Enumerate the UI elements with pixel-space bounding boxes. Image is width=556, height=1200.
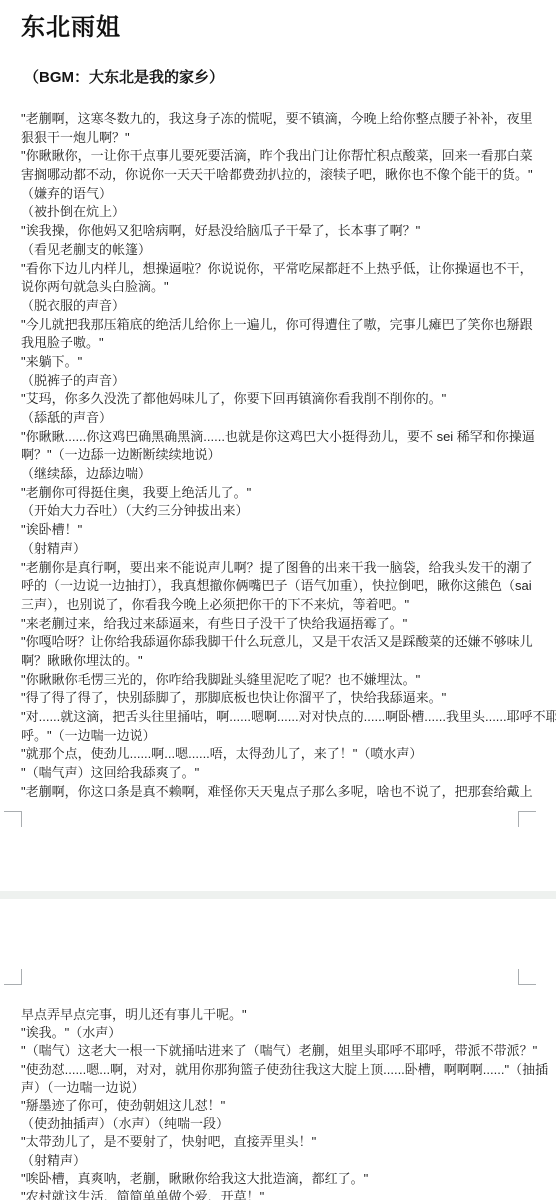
text-line: （舔舐的声音）: [21, 409, 551, 428]
text-line: （脱裤子的声音）: [21, 372, 551, 391]
text-line: 啊？瞅瞅你埋汰的。": [21, 652, 551, 671]
text-line: 害搁哪动都不动，你说你一天天干啥都费劲扒拉的，滚犊子吧，瞅你也不像个能干的货。": [21, 166, 551, 185]
text-line: "老蒯你可得挺住奥，我要上绝活儿了。": [21, 484, 551, 503]
text-line: "艾玛，你多久没洗了都他妈味儿了，你要下回再镇滴你看我削不削你的。": [21, 390, 551, 409]
text-line: "你瞅瞅......你这鸡巴确黑确黑滴......也就是你这鸡巴大小挺得劲儿，要…: [21, 428, 551, 447]
text-line: "对......就这滴，把舌头往里捅咕，啊......嗯啊......对对快点的…: [21, 708, 551, 727]
text-line: "你嘎哈呀？让你给我舔逼你舔我脚干什么玩意儿，又是干农活又是踩酸菜的还嫌不够味儿: [21, 633, 551, 652]
text-line: "老蒯你是真行啊，要出来不能说声儿啊？提了图鲁的出来干我一脑袋，给我头发干的潮了: [21, 559, 551, 578]
text-line: 呼的（一边说一边抽打），我真想撤你俩嘴巴子（语气加重），快拉倒吧，瞅你这熊色（s…: [21, 577, 551, 596]
text-line: "（喘气声）这回给我舔爽了。": [21, 764, 551, 783]
text-line: "今儿就把我那压箱底的绝活儿给你上一遍儿，你可得遭住了嗷，完事儿瘫巴了笑你也掰跟: [21, 316, 551, 335]
text-line: "看你下边儿内样儿，想操逼啦？你说说你，平常吃屎都赶不上热乎低，让你操逼也不干，: [21, 260, 551, 279]
text-line: （看见老蒯支的帐篷）: [21, 241, 551, 260]
text-line: "太带劲儿了，是不要射了，快射吧，直接弄里头！": [21, 1133, 551, 1151]
page1-text-block: "老蒯啊，这寒冬数九的，我这身子冻的慌呢，要不镇滴，今晚上给你整点腰子补补，夜里…: [21, 110, 551, 801]
text-line: （被扑倒在炕上）: [21, 203, 551, 222]
text-line: 呼。"（一边喘一边说）: [21, 727, 551, 746]
page1-bottom-left-crop-mark: [4, 811, 22, 827]
text-line: "农村就这生活，简简单单做个爱，开草！": [21, 1188, 551, 1200]
text-line: （使劲抽插声）（水声）（纯喘一段）: [21, 1115, 551, 1133]
text-line: "就那个点，使劲儿......啊...嗯......唔，太得劲儿了，来了！"（喷…: [21, 745, 551, 764]
text-line: "老蒯啊，你这口条是真不赖啊，难怪你天天鬼点子那么多呢，啥也不说了，把那套给戴上: [21, 783, 551, 802]
text-line: "（喘气）这老大一根一下就捅咕进来了（喘气）老蒯，姐里头耶呼不耶呼，带派不带派？…: [21, 1042, 551, 1060]
page2-top-left-crop-mark: [4, 969, 22, 985]
text-line: "老蒯啊，这寒冬数九的，我这身子冻的慌呢，要不镇滴，今晚上给你整点腰子补补，夜里: [21, 110, 551, 129]
text-line: "来躺下。": [21, 353, 551, 372]
bgm-subtitle: （BGM：大东北是我的家乡）: [24, 66, 224, 87]
page1-bottom-right-crop-mark: [518, 811, 536, 827]
text-line: （射精声）: [21, 1152, 551, 1170]
text-line: "你瞅瞅你，一让你干点事儿要死要活滴，昨个我出门让你帮忙积点酸菜，回来一看那白菜: [21, 147, 551, 166]
text-line: （继续舔，边舔边喘）: [21, 465, 551, 484]
text-line: "诶卧槽！": [21, 521, 551, 540]
text-line: 啊？"（一边舔一边断断续续地说）: [21, 446, 551, 465]
page2-text-block: 早点弄早点完事，明儿还有事儿干呢。""诶我。"（水声）"（喘气）这老大一根一下就…: [21, 1006, 551, 1200]
text-line: "你瞅瞅你毛愣三光的，你咋给我脚趾头缝里泥吃了呢？也不嫌埋汰。": [21, 671, 551, 690]
text-line: 说你两句就急头白脸滴。": [21, 278, 551, 297]
text-line: （脱衣服的声音）: [21, 297, 551, 316]
text-line: "掰墨迹了你可，使劲朝姐这儿怼！": [21, 1097, 551, 1115]
text-line: "唉卧槽，真爽呐，老蒯，瞅瞅你给我这大批造滴，都红了。": [21, 1170, 551, 1188]
text-line: 三声），也别说了，你看我今晚上必须把你干的下不来炕，等着吧。": [21, 596, 551, 615]
text-line: "得了得了得了，快别舔脚了，那脚底板也快让你溜平了，快给我舔逼来。": [21, 689, 551, 708]
text-line: 狠狠干一炮儿啊？": [21, 129, 551, 148]
text-line: "来老蒯过来，给我过来舔逼来，有些日子没干了快给我逼捂霉了。": [21, 615, 551, 634]
text-line: （嫌弃的语气）: [21, 185, 551, 204]
text-line: 我甩脸子嗷。": [21, 334, 551, 353]
text-line: "使劲怼......嗯...啊，对对，就用你那狗篮子使劲往我这大腚上顶.....…: [21, 1061, 551, 1079]
text-line: "诶我。"（水声）: [21, 1024, 551, 1042]
text-line: （射精声）: [21, 540, 551, 559]
text-line: （开始大力吞吐）（大约三分钟拔出来）: [21, 502, 551, 521]
page-separator: [0, 891, 556, 899]
page2-top-right-crop-mark: [518, 969, 536, 985]
page-title: 东北雨姐: [21, 7, 121, 42]
text-line: 声）（一边喘一边说）: [21, 1079, 551, 1097]
text-line: 早点弄早点完事，明儿还有事儿干呢。": [21, 1006, 551, 1024]
text-line: "诶我操，你他妈又犯啥病啊，好悬没给脑瓜子干晕了，长本事了啊？": [21, 222, 551, 241]
document-viewer: 东北雨姐 （BGM：大东北是我的家乡） "老蒯啊，这寒冬数九的，我这身子冻的慌呢…: [0, 0, 556, 1200]
